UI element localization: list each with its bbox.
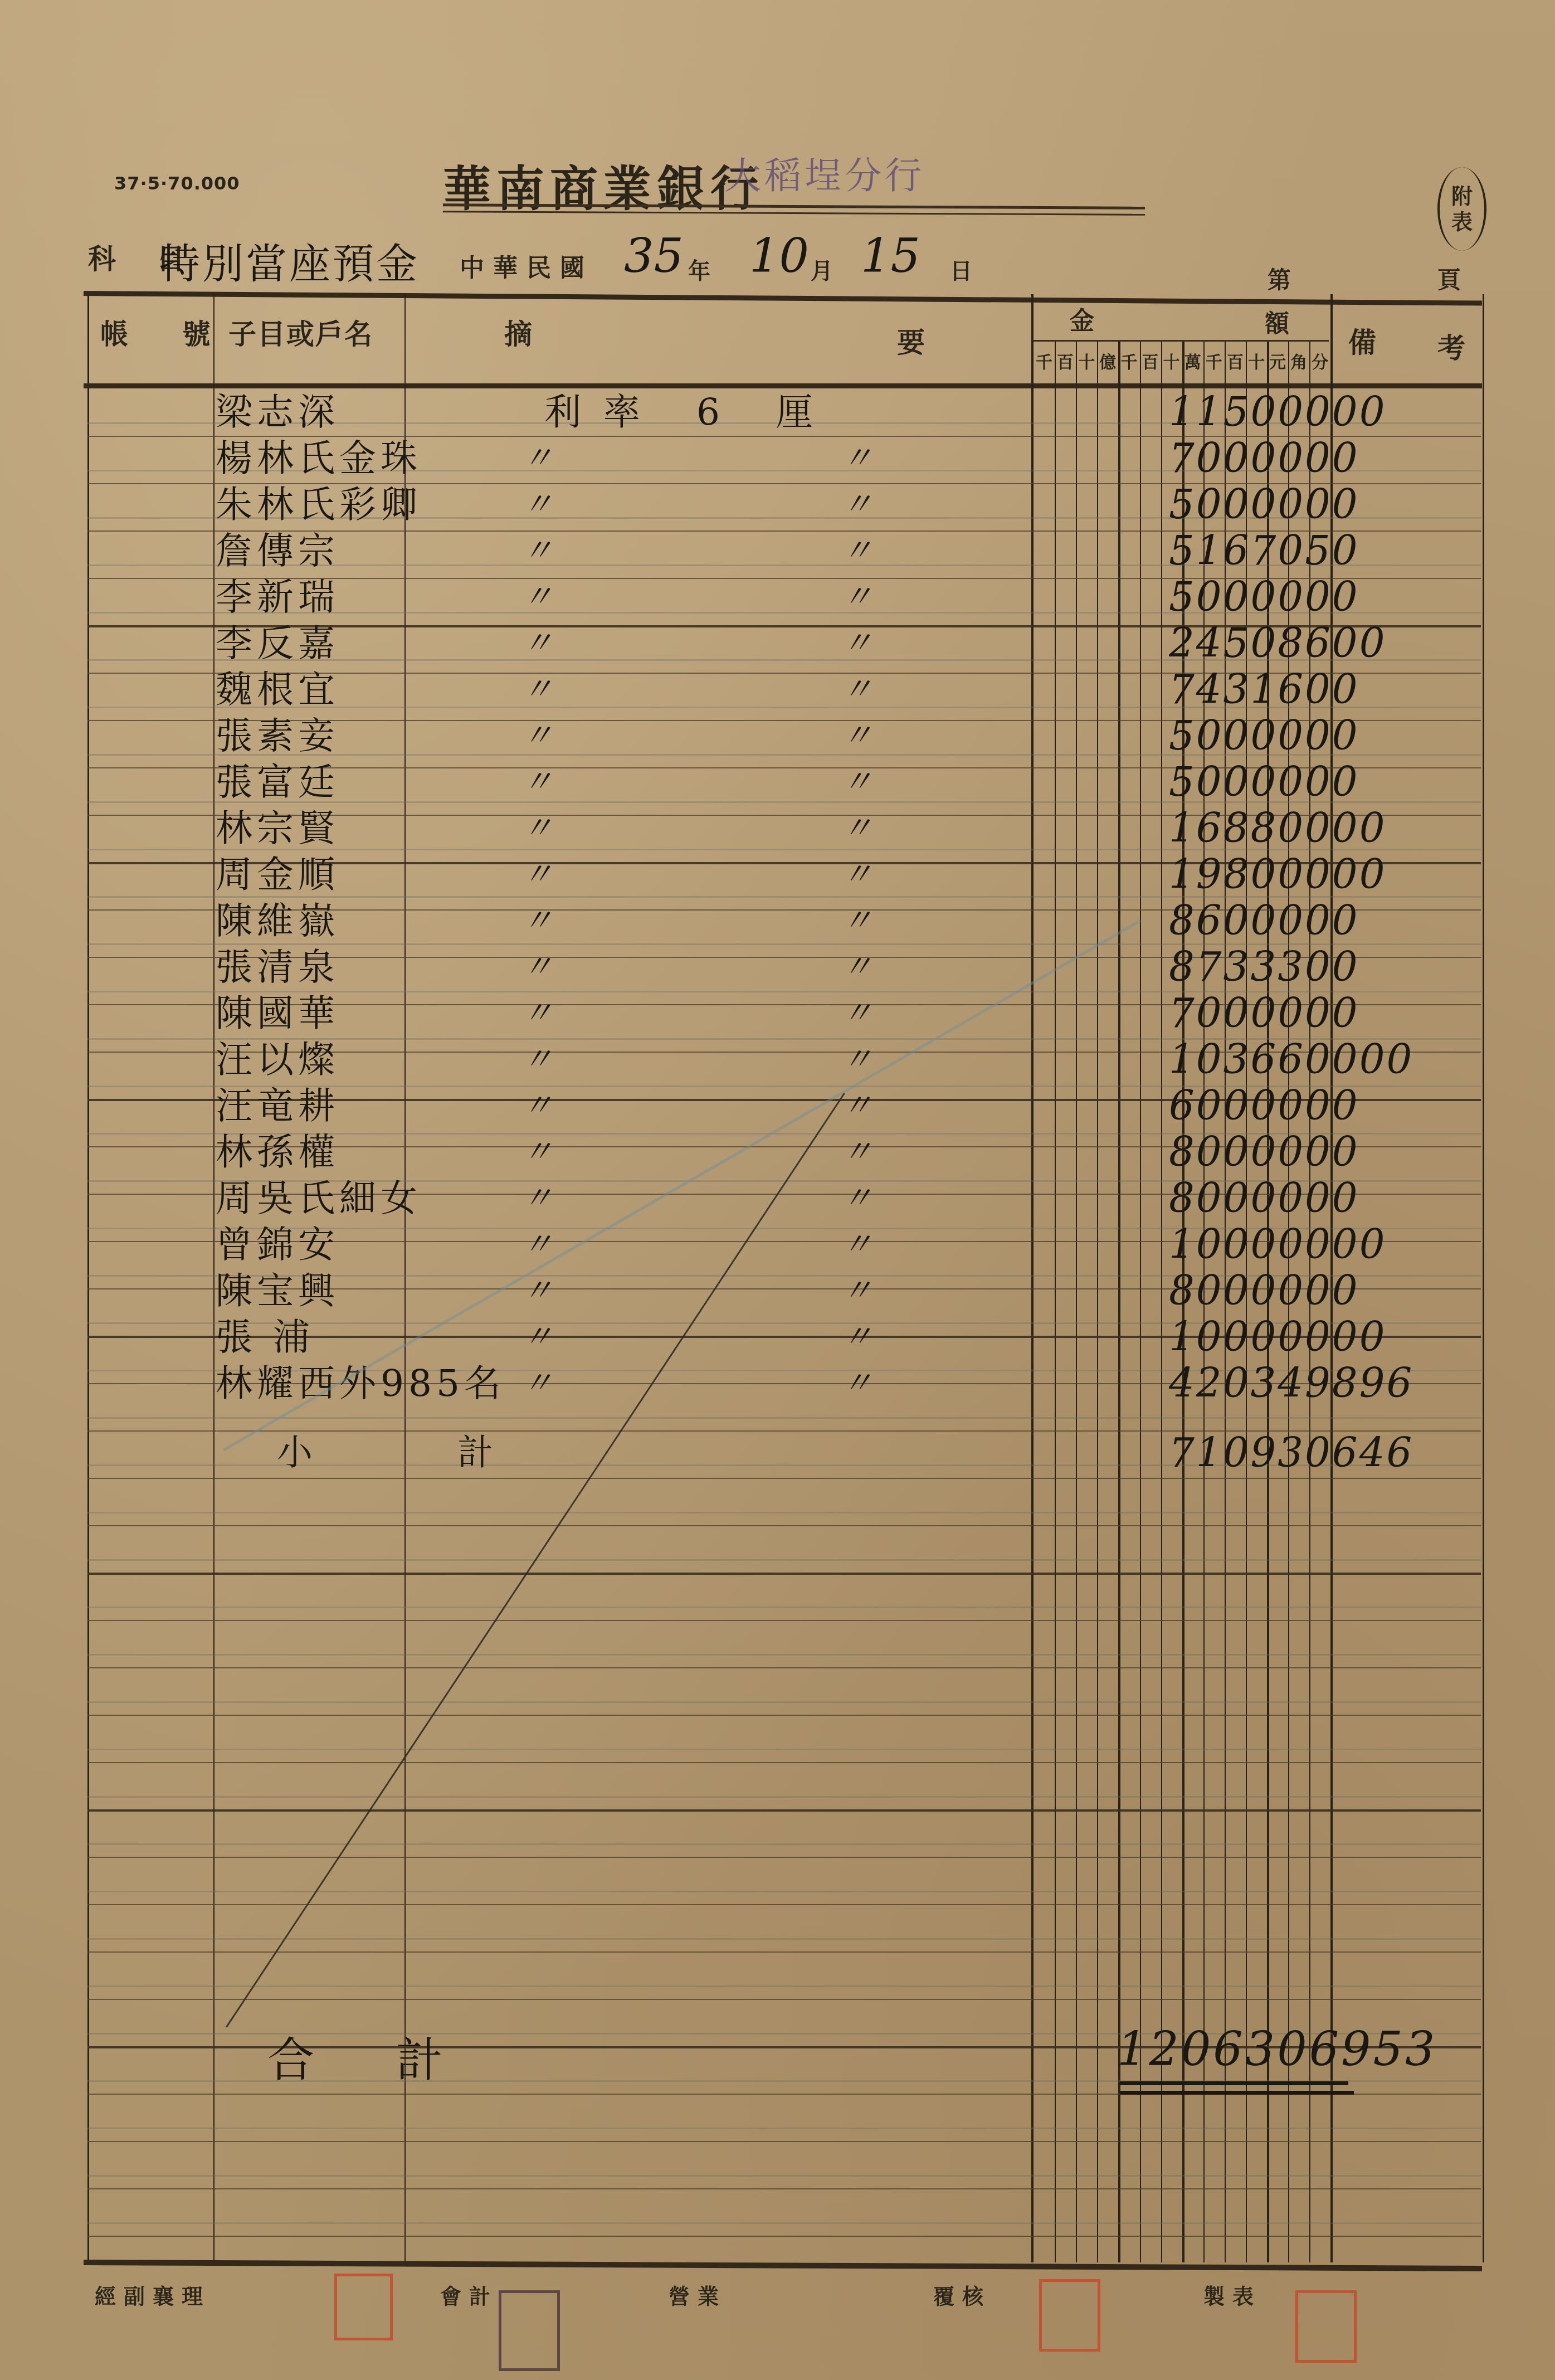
account-holder-name: 朱林氏彩卿 [216,481,422,528]
ledger-row: 李反嘉〃 〃24508600 [87,620,1481,667]
ruled-line [87,1478,1481,1479]
total-double-underline [1120,2091,1354,2095]
entry-amount: 10000000 [1169,1313,1481,1361]
ledger-row: 張清泉〃 〃8733300 [87,943,1481,991]
account-holder-name: 詹傳宗 [216,527,339,575]
account-holder-name: 張清泉 [216,943,339,991]
account-holder-name: 李反嘉 [216,620,339,667]
memo-text: 利率 6 厘 [544,388,835,436]
ditto-mark: 〃 〃 [522,897,1012,945]
day-unit: 日 [950,254,972,285]
entry-amount: 420349896 [1169,1360,1481,1407]
header-memo-left: 摘 [504,312,532,352]
entry-amount: 5167050 [1169,527,1481,575]
carbon-line [87,2222,1481,2224]
entry-amount: 8600000 [1169,897,1481,945]
amount-digit-header: 百 [1055,348,1076,373]
ditto-mark: 〃 〃 [522,1175,1012,1222]
account-holder-name: 陳宝興 [216,1267,339,1315]
entry-amount: 5000000 [1169,481,1481,528]
ruled-line [87,2188,1481,2189]
account-holder-name: 張富廷 [216,758,339,806]
account-holder-name: 魏根宜 [216,666,339,713]
ditto-mark: 〃 〃 [522,1082,1012,1130]
ruled-line [87,1620,1481,1621]
ditto-mark: 〃 〃 [522,712,1012,760]
total-amount: 1206306953 [1117,2022,1437,2076]
year-unit: 年 [688,254,710,285]
ditto-mark: 〃 〃 [522,1360,1012,1407]
ruled-line [87,1999,1481,2000]
signature-label-accounting: 會計 [440,2279,498,2310]
ledger-row: 楊林氏金珠〃 〃7000000 [87,435,1481,482]
red-seal-icon [1039,2279,1100,2352]
account-holder-name: 陳國華 [216,990,339,1037]
ruled-line [87,2141,1481,2142]
entry-amount: 11500000 [1169,388,1481,436]
ledger-row: 林孫權〃 〃8000000 [87,1128,1481,1176]
ditto-mark: 〃 〃 [522,620,1012,667]
date-year: 35 [624,228,684,283]
entry-amount: 7431600 [1169,666,1481,713]
ditto-mark: 〃 〃 [522,1313,1012,1361]
ruled-line [87,1857,1481,1858]
entry-amount: 19800000 [1169,851,1481,898]
entry-amount: 103660000 [1169,1036,1481,1083]
ledger-row: 陳宝興〃 〃8000000 [87,1267,1481,1315]
ledger-row: 陳國華〃 〃7000000 [87,990,1481,1037]
ditto-mark: 〃 〃 [522,1036,1012,1083]
ledger-row: 張富廷〃 〃5000000 [87,758,1481,806]
amount-digit-header: 十 [1246,348,1267,373]
red-seal-icon [1295,2290,1357,2363]
header-bottom-rule [84,383,1482,388]
amount-digit-header: 元 [1267,348,1288,373]
ledger-row: 李新瑞〃 〃5000000 [87,573,1481,621]
account-holder-name: 陳維嶽 [216,897,339,945]
header-sub-account: 子目或戶名 [228,312,373,352]
signature-label-review: 覆核 [933,2279,991,2310]
ruled-line [87,1525,1481,1526]
ledger-row: 周金順〃 〃19800000 [87,851,1481,898]
subtotal-amount: 710930646 [1169,1429,1481,1477]
carbon-line [87,1749,1481,1750]
ruled-line [87,1809,1481,1812]
page-prefix: 第 [1268,262,1291,295]
ditto-mark: 〃 〃 [522,851,1012,898]
carbon-line [87,1843,1481,1845]
account-holder-name: 周金順 [216,851,339,898]
ledger-row: 曾錦安〃 〃10000000 [87,1221,1481,1268]
ditto-mark: 〃 〃 [522,573,1012,621]
header-account-no: 帳 號 [100,312,232,352]
entry-amount: 24508600 [1169,620,1481,667]
entry-amount: 7000000 [1169,435,1481,482]
entry-amount: 8733300 [1169,943,1481,991]
ledger-row: 魏根宜〃 〃7431600 [87,666,1481,713]
carbon-line [87,1701,1481,1703]
entry-amount: 8000000 [1169,1128,1481,1176]
account-holder-name: 林孫權 [216,1128,339,1176]
account-holder-name: 林耀西外985名 [216,1360,505,1407]
amount-digit-header: 百 [1225,348,1246,373]
header-amount-right: 額 [1265,304,1289,339]
entry-amount: 7000000 [1169,990,1481,1037]
ditto-mark: 〃 〃 [522,943,1012,991]
account-holder-name: 周吳氏細女 [216,1175,422,1222]
carbon-line [87,1796,1481,1798]
ruled-line [87,1715,1481,1716]
ruled-line [87,1573,1481,1575]
subtotal-label: 小 計 [277,1429,560,1477]
account-holder-name: 曾錦安 [216,1221,339,1268]
header-amount-left: 金 [1070,301,1094,337]
red-seal-icon [334,2274,393,2340]
ruled-line [87,1951,1481,1953]
ledger-row: 陳維嶽〃 〃8600000 [87,897,1481,945]
ditto-mark: 〃 〃 [522,805,1012,852]
ditto-mark: 〃 〃 [522,1221,1012,1268]
carbon-line [87,1559,1481,1561]
account-holder-name: 李新瑞 [216,573,339,621]
ditto-mark: 〃 〃 [522,435,1012,482]
ledger-row: 張素妾〃 〃5000000 [87,712,1481,760]
entry-amount: 5000000 [1169,573,1481,621]
account-holder-name: 汪以燦 [216,1036,339,1083]
ruled-line [87,1762,1481,1763]
ditto-mark: 〃 〃 [522,527,1012,575]
amount-header-rule [1034,340,1329,342]
carbon-line [87,1607,1481,1608]
entry-amount: 16880000 [1169,805,1481,852]
entry-amount: 5000000 [1169,712,1481,760]
header-remarks-left: 備 [1348,320,1376,361]
page-suffix: 頁 [1437,262,1461,295]
header-remarks-right: 考 [1437,326,1465,366]
entry-amount: 8000000 [1169,1267,1481,1315]
account-holder-name: 林宗賢 [216,805,339,852]
header-memo-right: 要 [897,320,925,361]
amount-digit-header: 分 [1309,348,1330,373]
ditto-mark: 〃 〃 [522,481,1012,528]
date-day: 15 [861,228,920,283]
ruled-line [87,2236,1481,2237]
entry-amount: 5000000 [1169,758,1481,806]
carbon-line [87,1985,1481,1987]
branch-stamp: 大稻埕分行 [724,146,925,199]
subtotal-row: 小 計 710930646 [87,1429,1481,1477]
carbon-line [87,1891,1481,1892]
attachment-char: 附 [1451,183,1473,209]
ledger-row: 林耀西外985名〃 〃420349896 [87,1360,1481,1407]
account-holder-name: 張素妾 [216,712,339,760]
signature-label-prepared: 製表 [1203,2279,1261,2310]
entry-amount: 8000000 [1169,1175,1481,1222]
entry-amount: 6000000 [1169,1082,1481,1130]
ledger-row: 梁志深利率 6 厘11500000 [87,388,1481,436]
ledger-row: 張 浦〃 〃10000000 [87,1313,1481,1361]
ditto-mark: 〃 〃 [522,1267,1012,1315]
account-holder-name: 楊林氏金珠 [216,435,422,482]
attachment-char: 表 [1451,209,1473,235]
ruled-line [87,1904,1481,1905]
amount-digit-header: 千 [1118,348,1139,373]
carbon-line [87,1417,1481,1419]
amount-digit-header: 億 [1097,348,1118,373]
total-label: 合 計 [267,2023,476,2090]
signature-label-manager: 經副襄理 [95,2279,211,2310]
dark-seal-icon [499,2290,560,2371]
account-holder-name: 張 浦 [216,1313,314,1361]
amount-digit-header: 十 [1076,348,1097,373]
amount-digit-header: 角 [1288,348,1309,373]
ledger-row: 汪竜耕〃 〃6000000 [87,1082,1481,1130]
amount-digit-header: 萬 [1182,348,1203,373]
total-double-underline [1120,2081,1348,2085]
month-unit: 月 [811,254,833,285]
amount-digit-header: 千 [1203,348,1225,373]
ledger-row: 詹傳宗〃 〃5167050 [87,527,1481,575]
carbon-line [87,2128,1481,2129]
ditto-mark: 〃 〃 [522,990,1012,1037]
carbon-line [87,1512,1481,1513]
ledger-row: 汪以燦〃 〃103660000 [87,1036,1481,1083]
ledger-row: 朱林氏彩卿〃 〃5000000 [87,481,1481,528]
era-label: 中華民國 [460,248,593,284]
ditto-mark: 〃 〃 [522,758,1012,806]
carbon-line [87,2175,1481,2177]
subject-value: 特別當座預金 [159,231,420,290]
carbon-line [87,1654,1481,1656]
account-holder-name: 汪竜耕 [216,1082,339,1130]
amount-digit-header: 千 [1034,348,1055,373]
form-number: 37·5·70.000 [114,173,240,194]
date-month: 10 [749,228,809,283]
ledger-row: 林宗賢〃 〃16880000 [87,805,1481,852]
bank-name: 華南商業銀行 [443,150,764,220]
ditto-mark: 〃 〃 [522,666,1012,713]
ruled-line [87,1667,1481,1668]
amount-digit-header: 百 [1140,348,1161,373]
amount-digit-header: 十 [1161,348,1182,373]
signature-label-business: 營業 [669,2279,727,2310]
carbon-line [87,1938,1481,1940]
account-holder-name: 梁志深 [216,388,339,436]
entry-amount: 10000000 [1169,1221,1481,1268]
attachment-mark: 附 表 [1437,167,1486,251]
